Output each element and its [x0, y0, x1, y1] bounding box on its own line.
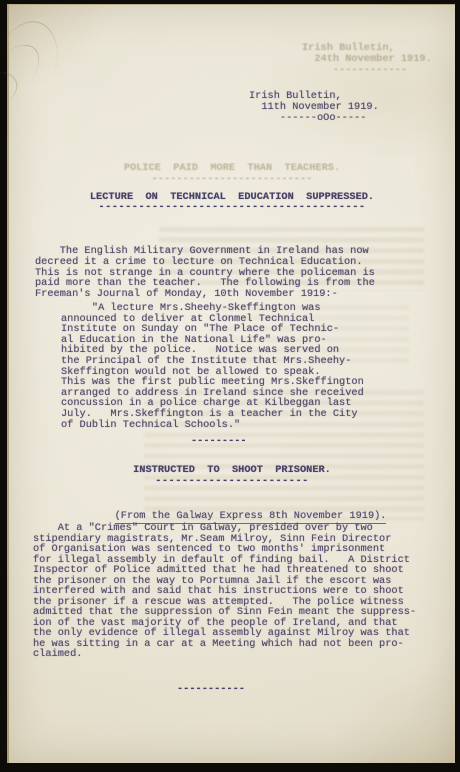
ghost-masthead: Irish Bulletin, 24th November 1919. ----… — [302, 43, 432, 76]
end-divider: ----------- — [177, 684, 245, 695]
section-divider: --------- — [191, 436, 247, 447]
article2-body-paragraph: At a "Crimes" Court in Galway, presided … — [33, 523, 416, 660]
article1-title-underline: ---------------------------------------- — [9, 202, 455, 213]
ghost-headline-rule: -------------------------- — [9, 174, 455, 185]
article1-lead-paragraph: The English Military Government in Irela… — [35, 246, 375, 300]
article1-quoted-report: "A lecture Mrs.Sheehy-Skeffington was an… — [61, 303, 364, 430]
paper-sheet: Irish Bulletin, 24th November 1919. ----… — [7, 4, 455, 763]
document-photo: Irish Bulletin, 24th November 1919. ----… — [0, 0, 460, 772]
article2-title-underline: ----------------------- — [9, 476, 455, 487]
masthead: Irish Bulletin, 11th November 1919. ----… — [249, 91, 379, 123]
